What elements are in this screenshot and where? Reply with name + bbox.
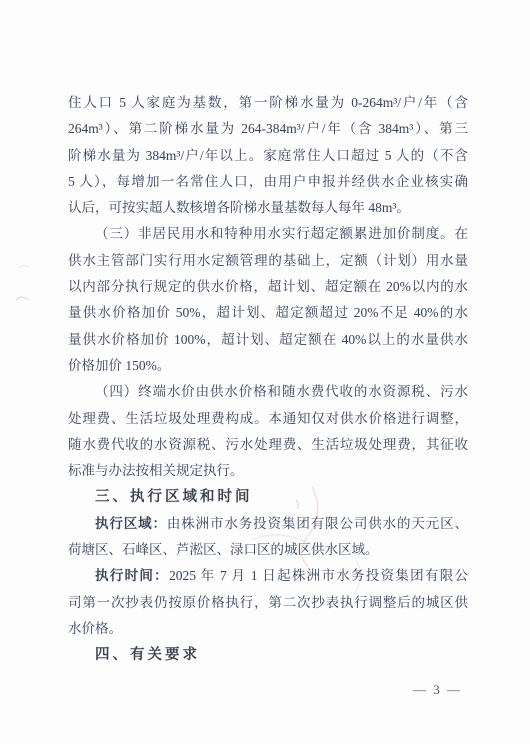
line-lead-label: 执行区域： <box>95 516 167 531</box>
section-heading-3: 三、执行区域和时间 <box>68 484 468 510</box>
doc-line: （四）终端水价由供水价格和随水费代收的水资源税、污水 <box>68 379 468 405</box>
doc-line: 量供水价格加价 100%，超计划、超定额在 40%以上的水量供水 <box>68 327 468 353</box>
doc-line: 阶梯水量为 384m³/户/年以上。家庭常住人口超过 5 人的（不含 <box>68 143 468 169</box>
section-heading-4: 四、有关要求 <box>68 642 468 668</box>
doc-line: 认后，可按实超人数核增各阶梯水量基数每人每年 48m³。 <box>68 195 468 221</box>
doc-line: 由株洲市水务投资集团有限公司供水的天元区、 <box>167 516 468 531</box>
doc-line: 5 人），每增加一名常住人口，由用户申报并经供水企业核实确 <box>68 169 468 195</box>
doc-line: 以内部分执行规定的供水价格，超计划、超定额在 20%以内的水 <box>68 274 468 300</box>
doc-line: 司第一次抄表仍按原价格执行，第二次抄表执行调整后的城区供 <box>68 590 468 616</box>
doc-line: 供水主管部门实行用水定额管理的基础上，定额（计划）用水量 <box>68 248 468 274</box>
doc-line: （三）非居民用水和特种用水实行超定额累进加价制度。在 <box>68 221 468 247</box>
doc-line: 2025 年 7 月 1 日起株洲市水务投资集团有限公 <box>169 568 468 583</box>
doc-line: 处理费、生活垃圾处理费构成。本通知仅对供水价格进行调整， <box>68 406 468 432</box>
doc-line: 随水费代收的水资源税、污水处理费、生活垃圾处理费，其征收 <box>68 432 468 458</box>
doc-line: 荷塘区、石峰区、芦淞区、渌口区的城区供水区域。 <box>68 537 468 563</box>
page-number: — 3 — <box>413 682 462 698</box>
scanned-document-page: 住人口 5 人家庭为基数，第一阶梯水量为 0-264m³/户/年（含 264m³… <box>0 0 530 744</box>
doc-line: 264m³）、第二阶梯水量为 264-384m³/户/年（含 384m³）、第三 <box>68 116 468 142</box>
doc-line: 价格加价 150%。 <box>68 353 468 379</box>
document-body: 住人口 5 人家庭为基数，第一阶梯水量为 0-264m³/户/年（含 264m³… <box>68 90 468 669</box>
line-lead-label: 执行时间： <box>95 568 169 583</box>
doc-line: 标准与办法按相关规定执行。 <box>68 458 468 484</box>
doc-line: 量供水价格加价 50%，超计划、超定额超过 20%不足 40%的水 <box>68 300 468 326</box>
doc-line: 住人口 5 人家庭为基数，第一阶梯水量为 0-264m³/户/年（含 <box>68 90 468 116</box>
doc-line: 水价格。 <box>68 616 468 642</box>
